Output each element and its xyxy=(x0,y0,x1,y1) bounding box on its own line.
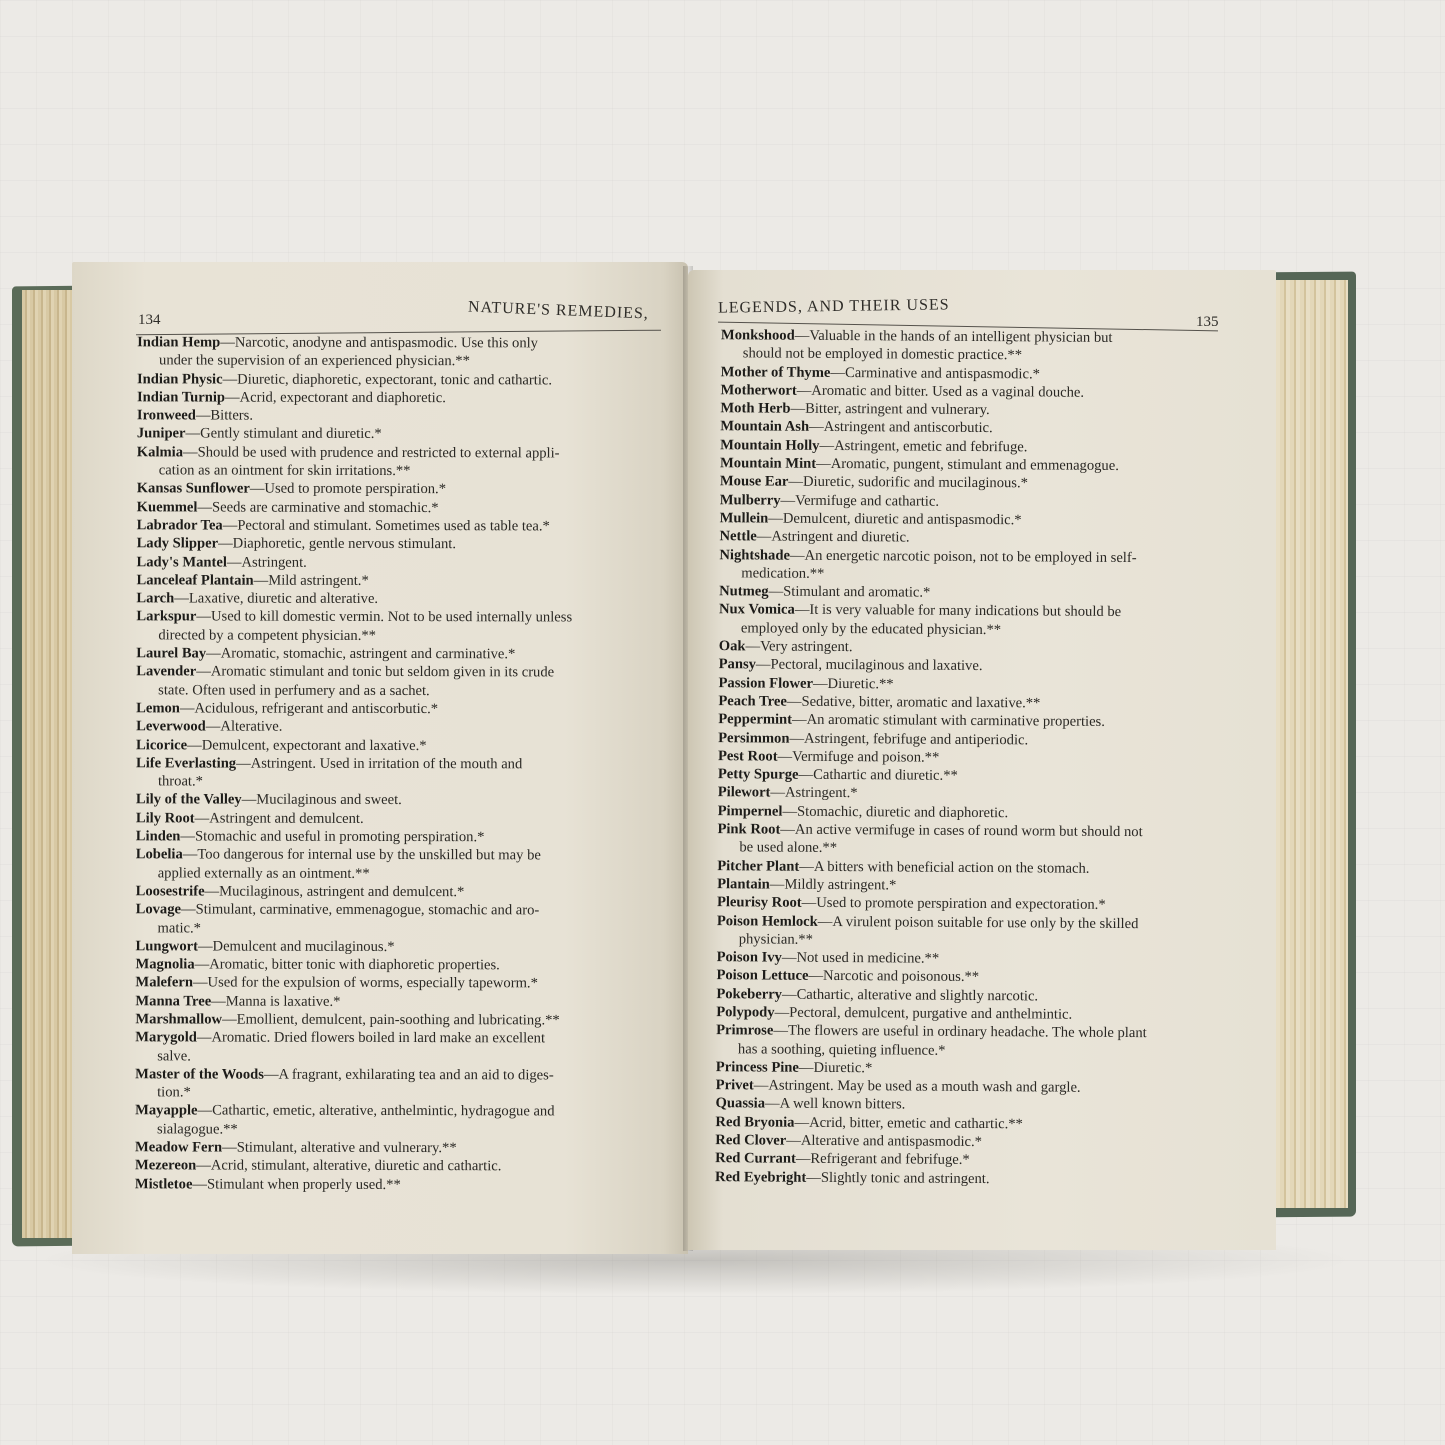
em-dash: — xyxy=(819,438,834,454)
remedy-name: Larch xyxy=(136,590,174,606)
em-dash: — xyxy=(236,755,251,771)
list-item: Magnolia—Aromatic, bitter tonic with dia… xyxy=(135,955,665,975)
remedy-description: Stimulant, carminative, emmenagogue, sto… xyxy=(196,902,540,919)
remedy-description: Diuretic.* xyxy=(813,1060,872,1076)
remedy-name: Meadow Fern xyxy=(135,1139,222,1155)
remedy-description-continued: sialagogue.** xyxy=(157,1120,665,1140)
remedy-name: Pleurisy Root xyxy=(717,894,802,911)
em-dash: — xyxy=(196,1158,211,1174)
remedy-description-continued: salve. xyxy=(157,1047,665,1067)
remedy-name: Nux Vomica xyxy=(719,602,795,619)
list-item: Marshmallow—Emollient, demulcent, pain-s… xyxy=(135,1010,665,1030)
remedy-name: Kansas Sunflower xyxy=(137,481,250,497)
list-item: Labrador Tea—Pectoral and stimulant. Som… xyxy=(137,516,667,536)
remedy-name: Mother of Thyme xyxy=(721,364,831,381)
remedy-name: Mulberry xyxy=(720,492,781,508)
em-dash: — xyxy=(195,957,210,973)
remedy-description: Astringent. May be used as a mouth wash … xyxy=(768,1078,1080,1096)
remedy-name: Mountain Holly xyxy=(720,437,819,454)
remedy-name: Juniper xyxy=(137,426,186,442)
em-dash: — xyxy=(225,389,240,405)
remedy-description: Aromatic, stomachic, astringent and carm… xyxy=(221,646,516,663)
remedy-name: Lily Root xyxy=(136,810,195,826)
em-dash: — xyxy=(789,730,804,746)
remedy-name: Quassia xyxy=(716,1096,766,1112)
remedy-name: Moth Herb xyxy=(720,400,790,416)
em-dash: — xyxy=(757,529,772,545)
remedy-description: Stimulant when properly used.** xyxy=(207,1176,401,1193)
remedy-name: Manna Tree xyxy=(135,993,211,1009)
em-dash: — xyxy=(192,1176,207,1192)
remedy-description: Narcotic, anodyne and antispasmodic. Use… xyxy=(235,335,538,352)
em-dash: — xyxy=(223,371,238,387)
list-item: Master of the Woods—A fragrant, exhilara… xyxy=(135,1065,665,1103)
list-item: Red Eyebright—Slightly tonic and astring… xyxy=(715,1168,1235,1190)
remedy-name: Kuemmel xyxy=(137,499,198,515)
remedy-description: Aromatic stimulant and tonic but seldom … xyxy=(211,664,554,681)
remedy-description: A virulent poison suitable for use only … xyxy=(832,913,1138,931)
remedy-name: Princess Pine xyxy=(716,1059,799,1076)
em-dash: — xyxy=(769,584,784,600)
remedy-description: The flowers are useful in ordinary heada… xyxy=(788,1023,1147,1042)
list-item: Malefern—Used for the expulsion of worms… xyxy=(135,974,665,994)
remedy-description: Should be used with prudence and restric… xyxy=(198,444,560,461)
remedy-description-continued: cation as an ointment for skin irritatio… xyxy=(159,461,667,481)
em-dash: — xyxy=(794,1114,809,1130)
list-item: Monkshood—Valuable in the hands of an in… xyxy=(721,326,1241,366)
remedy-description: It is very valuable for many indications… xyxy=(809,602,1121,620)
em-dash: — xyxy=(181,902,196,918)
remedy-name: Pansy xyxy=(719,657,756,673)
remedy-name: Life Everlasting xyxy=(136,755,236,771)
remedy-description: Stomachic, diuretic and diaphoretic. xyxy=(797,803,1008,820)
remedy-description: Manna is laxative.* xyxy=(226,993,341,1009)
remedy-description-continued: directed by a competent physician.** xyxy=(158,626,666,646)
remedy-description: Astringent.* xyxy=(785,785,858,802)
em-dash: — xyxy=(816,456,831,472)
list-item: Indian Turnip—Acrid, expectorant and dia… xyxy=(137,388,667,408)
remedy-description: Astringent and diuretic. xyxy=(771,529,909,546)
em-dash: — xyxy=(792,712,807,728)
remedy-name: Pest Root xyxy=(718,748,778,764)
remedy-name: Oak xyxy=(719,638,746,654)
remedy-description: Diuretic, diaphoretic, expectorant, toni… xyxy=(237,371,552,388)
remedy-description: Stimulant, alterative and vulnerary.** xyxy=(237,1140,457,1157)
remedy-description: Aromatic. Dried flowers boiled in lard m… xyxy=(211,1030,545,1047)
em-dash: — xyxy=(227,554,242,570)
em-dash: — xyxy=(185,426,200,442)
list-item: Lavender—Aromatic stimulant and tonic bu… xyxy=(136,663,666,701)
remedy-name: Mouse Ear xyxy=(720,474,789,490)
list-item: Primrose—The flowers are useful in ordin… xyxy=(716,1021,1236,1061)
page-number: 135 xyxy=(1196,314,1219,331)
remedy-description: Cathartic, alterative and slightly narco… xyxy=(797,986,1039,1004)
em-dash: — xyxy=(770,876,785,892)
remedy-description: A bitters with beneficial action on the … xyxy=(814,858,1090,876)
remedy-name: Indian Physic xyxy=(137,371,223,387)
em-dash: — xyxy=(796,1151,811,1167)
list-item: Nightshade—An energetic narcotic poison,… xyxy=(719,546,1239,586)
remedy-name: Plantain xyxy=(717,876,770,892)
remedy-name: Mullein xyxy=(720,510,769,526)
remedy-name: Kalmia xyxy=(137,444,183,460)
remedy-description: Astringent, emetic and febrifuge. xyxy=(834,438,1027,455)
remedy-description: Gently stimulant and diuretic.* xyxy=(200,426,382,442)
em-dash: — xyxy=(802,895,817,911)
em-dash: — xyxy=(183,444,198,460)
list-item: Kansas Sunflower—Used to promote perspir… xyxy=(137,480,667,500)
remedy-description: Alterative. xyxy=(220,719,282,735)
em-dash: — xyxy=(195,810,210,826)
em-dash: — xyxy=(782,803,797,819)
em-dash: — xyxy=(218,536,233,552)
remedy-description: Mild astringent.* xyxy=(268,573,369,589)
em-dash: — xyxy=(250,481,265,497)
list-item: Linden—Stomachic and useful in promoting… xyxy=(136,827,666,847)
remedy-name: Marshmallow xyxy=(135,1011,222,1027)
em-dash: — xyxy=(788,474,803,490)
em-dash: — xyxy=(198,938,213,954)
em-dash: — xyxy=(773,1023,788,1039)
list-item: Lungwort—Demulcent and mucilaginous.* xyxy=(135,937,665,957)
remedy-name: Pink Root xyxy=(717,821,780,837)
remedy-description-continued: tion.* xyxy=(157,1084,665,1104)
em-dash: — xyxy=(211,993,226,1009)
em-dash: — xyxy=(220,335,235,351)
remedy-description-continued: under the supervision of an experienced … xyxy=(159,352,667,372)
remedy-name: Linden xyxy=(136,828,181,844)
right-page: LEGENDS, AND THEIR USES 135 Monkshood—Va… xyxy=(688,270,1276,1250)
remedy-description: Very astringent. xyxy=(760,639,853,656)
em-dash: — xyxy=(768,510,783,526)
left-page: 134 NATURE'S REMEDIES, Indian Hemp—Narco… xyxy=(72,262,688,1254)
em-dash: — xyxy=(198,1103,213,1119)
remedy-description: Carminative and antispasmodic.* xyxy=(845,365,1040,382)
remedy-description: Narcotic and poisonous.** xyxy=(823,968,979,985)
remedy-description: Aromatic, pungent, stimulant and emmenag… xyxy=(831,456,1119,474)
remedy-description: Vermifuge and poison.** xyxy=(792,749,939,766)
remedy-name: Mistletoe xyxy=(135,1176,193,1192)
list-item: Larch—Laxative, diuretic and alterative. xyxy=(136,589,666,609)
list-item: Kalmia—Should be used with prudence and … xyxy=(137,443,667,481)
remedy-description-continued: throat.* xyxy=(158,772,666,792)
remedy-name: Pilewort xyxy=(718,785,771,801)
running-head: LEGENDS, AND THEIR USES xyxy=(718,296,950,317)
remedy-name: Lemon xyxy=(136,700,180,716)
remedy-name: Lobelia xyxy=(136,847,183,863)
list-item: Leverwood—Alterative. xyxy=(136,718,666,738)
page-edges-right xyxy=(1270,280,1348,1208)
remedy-description: Pectoral and stimulant. Sometimes used a… xyxy=(237,518,550,535)
remedy-name: Monkshood xyxy=(721,327,795,344)
em-dash: — xyxy=(180,700,195,716)
remedy-name: Peach Tree xyxy=(718,693,787,709)
remedy-description-continued: applied externally as an ointment.** xyxy=(158,864,666,884)
remedy-name: Lovage xyxy=(136,902,181,918)
em-dash: — xyxy=(799,858,814,874)
remedy-name: Pimpernel xyxy=(718,803,783,819)
em-dash: — xyxy=(790,547,805,563)
em-dash: — xyxy=(770,785,785,801)
list-item: Licorice—Demulcent, expectorant and laxa… xyxy=(136,736,666,756)
remedy-description: Refrigerant and febrifuge.* xyxy=(810,1151,969,1168)
list-item: Marygold—Aromatic. Dried flowers boiled … xyxy=(135,1029,665,1067)
remedy-description: Astringent and demulcent. xyxy=(209,810,363,826)
list-item: Loosestrife—Mucilaginous, astringent and… xyxy=(136,882,666,902)
em-dash: — xyxy=(254,572,269,588)
remedy-description: A well known bitters. xyxy=(780,1096,906,1113)
em-dash: — xyxy=(791,401,806,417)
remedy-description: Cathartic and diuretic.** xyxy=(813,767,958,784)
em-dash: — xyxy=(813,675,828,691)
em-dash: — xyxy=(799,1060,814,1076)
em-dash: — xyxy=(174,591,189,607)
em-dash: — xyxy=(806,1169,821,1185)
remedy-description: Acidulous, refrigerant and antiscorbutic… xyxy=(194,700,438,717)
remedy-description: An aromatic stimulant with carminative p… xyxy=(807,712,1105,730)
remedy-name: Mountain Mint xyxy=(720,455,816,472)
remedy-description: Bitters. xyxy=(210,408,253,424)
remedy-description: Not used in medicine.** xyxy=(796,950,939,967)
remedy-name: Indian Hemp xyxy=(137,334,220,350)
em-dash: — xyxy=(756,657,771,673)
remedy-description: Bitter, astringent and vulnerary. xyxy=(805,401,990,418)
remedy-name: Peppermint xyxy=(718,711,792,728)
remedy-name: Nightshade xyxy=(719,547,790,563)
remedy-description: Pectoral, demulcent, purgative and anthe… xyxy=(789,1005,1072,1023)
list-item: Juniper—Gently stimulant and diuretic.* xyxy=(137,425,667,445)
remedy-name: Red Clover xyxy=(715,1132,786,1148)
remedy-description: Astringent and antiscorbutic. xyxy=(824,419,993,436)
em-dash: — xyxy=(745,638,760,654)
remedy-description: Acrid, bitter, emetic and cathartic.** xyxy=(809,1115,1023,1132)
em-dash: — xyxy=(795,602,810,618)
remedy-name: Passion Flower xyxy=(718,675,813,692)
list-item: Larkspur—Used to kill domestic vermin. N… xyxy=(136,608,666,646)
em-dash: — xyxy=(787,694,802,710)
remedy-description: Aromatic, bitter tonic with diaphoretic … xyxy=(209,957,500,974)
remedy-description: Stimulant and aromatic.* xyxy=(783,584,930,601)
em-dash: — xyxy=(193,975,208,991)
remedy-name: Lungwort xyxy=(136,938,198,954)
em-dash: — xyxy=(780,822,795,838)
remedy-name: Ironweed xyxy=(137,407,196,423)
list-item: Lady's Mantel—Astringent. xyxy=(137,553,667,573)
list-item: Lovage—Stimulant, carminative, emmenagog… xyxy=(136,901,666,939)
remedy-description: Seeds are carminative and stomachic.* xyxy=(212,499,439,516)
remedy-name: Loosestrife xyxy=(136,883,205,899)
remedy-name: Nutmeg xyxy=(719,583,769,599)
remedy-name: Malefern xyxy=(135,975,193,991)
em-dash: — xyxy=(782,950,797,966)
remedy-name: Pitcher Plant xyxy=(717,858,799,875)
list-item: Mistletoe—Stimulant when properly used.*… xyxy=(135,1175,665,1195)
remedy-description: Astringent. xyxy=(242,554,307,570)
list-item: Lady Slipper—Diaphoretic, gentle nervous… xyxy=(137,535,667,555)
remedy-description: Acrid, expectorant and diaphoretic. xyxy=(240,389,446,406)
em-dash: — xyxy=(196,664,211,680)
em-dash: — xyxy=(754,1078,769,1094)
remedy-description: Demulcent, expectorant and laxative.* xyxy=(202,737,427,754)
remedy-name: Nettle xyxy=(719,528,756,544)
em-dash: — xyxy=(798,767,813,783)
page-number: 134 xyxy=(138,312,161,329)
em-dash: — xyxy=(180,828,195,844)
remedy-description: Sedative, bitter, aromatic and laxative.… xyxy=(801,694,1040,712)
em-dash: — xyxy=(775,1005,790,1021)
em-dash: — xyxy=(206,719,221,735)
list-item: Laurel Bay—Aromatic, stomachic, astringe… xyxy=(136,644,666,664)
remedy-name: Licorice xyxy=(136,737,187,753)
em-dash: — xyxy=(196,609,211,625)
remedy-description: Cathartic, emetic, alterative, anthelmin… xyxy=(212,1103,554,1120)
remedy-description: Used to kill domestic vermin. Not to be … xyxy=(211,609,572,626)
remedy-description: Used for the expulsion of worms, especia… xyxy=(208,975,538,992)
remedy-name: Marygold xyxy=(135,1030,197,1046)
remedy-name: Persimmon xyxy=(718,730,789,746)
remedy-description: Demulcent, diuretic and antispasmodic.* xyxy=(783,511,1022,529)
remedy-description: Used to promote perspiration and expecto… xyxy=(816,895,1105,913)
remedy-name: Mayapple xyxy=(135,1103,197,1119)
em-dash: — xyxy=(778,748,793,764)
em-dash: — xyxy=(797,383,812,399)
remedy-description: Astringent. Used in irritation of the mo… xyxy=(251,755,523,772)
remedy-name: Magnolia xyxy=(135,956,194,972)
remedy-name: Master of the Woods xyxy=(135,1066,264,1082)
em-dash: — xyxy=(222,1140,237,1156)
em-dash: — xyxy=(223,518,238,534)
running-head: NATURE'S REMEDIES, xyxy=(468,299,649,324)
remedy-description: An energetic narcotic poison, not to be … xyxy=(805,547,1137,565)
entry-list: Indian Hemp—Narcotic, anodyne and antisp… xyxy=(135,333,667,1194)
list-item: Mayapple—Cathartic, emetic, alterative, … xyxy=(135,1102,665,1140)
remedy-name: Indian Turnip xyxy=(137,389,225,405)
remedy-description: Stomachic and useful in promoting perspi… xyxy=(195,828,484,845)
remedy-description: Emollient, demulcent, pain-soothing and … xyxy=(237,1012,560,1029)
em-dash: — xyxy=(183,847,198,863)
remedy-name: Red Bryonia xyxy=(715,1114,794,1131)
em-dash: — xyxy=(781,492,796,508)
em-dash: — xyxy=(818,913,833,929)
list-item: Kuemmel—Seeds are carminative and stomac… xyxy=(137,498,667,518)
remedy-name: Lady's Mantel xyxy=(137,554,227,570)
remedy-name: Pokeberry xyxy=(716,986,782,1002)
remedy-description: Astringent, febrifuge and antiperiodic. xyxy=(804,730,1028,748)
remedy-name: Lady Slipper xyxy=(137,536,219,552)
remedy-description: Mucilaginous, astringent and demulcent.* xyxy=(219,883,464,900)
remedy-name: Poison Lettuce xyxy=(716,968,808,985)
em-dash: — xyxy=(242,792,257,808)
list-item: Indian Physic—Diuretic, diaphoretic, exp… xyxy=(137,370,667,390)
list-item: Lemon—Acidulous, refrigerant and antisco… xyxy=(136,699,666,719)
em-dash: — xyxy=(786,1133,801,1149)
remedy-name: Mountain Ash xyxy=(720,419,809,436)
list-item: Lanceleaf Plantain—Mild astringent.* xyxy=(136,571,666,591)
list-item: Life Everlasting—Astringent. Used in irr… xyxy=(136,754,666,792)
remedy-name: Laurel Bay xyxy=(136,645,206,661)
list-item: Ironweed—Bitters. xyxy=(137,406,667,426)
remedy-name: Primrose xyxy=(716,1022,773,1038)
em-dash: — xyxy=(205,883,220,899)
remedy-description: Valuable in the hands of an intelligent … xyxy=(809,328,1112,346)
remedy-name: Leverwood xyxy=(136,719,206,735)
list-item: Manna Tree—Manna is laxative.* xyxy=(135,992,665,1012)
remedy-description-continued: matic.* xyxy=(158,919,666,939)
em-dash: — xyxy=(206,646,221,662)
em-dash: — xyxy=(187,737,202,753)
remedy-name: Mezereon xyxy=(135,1158,196,1174)
list-item: Lily of the Valley—Mucilaginous and swee… xyxy=(136,791,666,811)
remedy-name: Poison Ivy xyxy=(717,949,782,965)
remedy-name: Red Eyebright xyxy=(715,1169,806,1186)
remedy-description: Mucilaginous and sweet. xyxy=(256,792,402,808)
em-dash: — xyxy=(795,328,810,344)
remedy-name: Lanceleaf Plantain xyxy=(136,572,253,588)
remedy-description: Aromatic and bitter. Used as a vaginal d… xyxy=(811,383,1084,401)
list-item: Meadow Fern—Stimulant, alterative and vu… xyxy=(135,1138,665,1158)
remedy-name: Lavender xyxy=(136,664,196,680)
remedy-name: Petty Spurge xyxy=(718,766,799,783)
em-dash: — xyxy=(782,986,797,1002)
list-item: Nux Vomica—It is very valuable for many … xyxy=(719,601,1239,641)
remedy-description: Diaphoretic, gentle nervous stimulant. xyxy=(233,536,456,553)
remedy-description: Acrid, stimulant, alterative, diuretic a… xyxy=(211,1158,502,1175)
list-item: Lobelia—Too dangerous for internal use b… xyxy=(136,846,666,884)
entry-list: Monkshood—Valuable in the hands of an in… xyxy=(715,326,1241,1190)
remedy-name: Red Currant xyxy=(715,1151,796,1168)
remedy-name: Labrador Tea xyxy=(137,517,223,533)
remedy-description: Diuretic, sudorific and mucilaginous.* xyxy=(803,474,1028,492)
em-dash: — xyxy=(197,1030,212,1046)
em-dash: — xyxy=(196,408,211,424)
remedy-description: Used to promote perspiration.* xyxy=(264,481,446,497)
remedy-description: Alterative and antispasmodic.* xyxy=(801,1133,982,1150)
remedy-description: Demulcent and mucilaginous.* xyxy=(213,938,395,954)
em-dash: — xyxy=(830,365,845,381)
remedy-description: Diuretic.** xyxy=(828,676,894,692)
remedy-description-continued: state. Often used in perfumery and as a … xyxy=(158,681,666,701)
em-dash: — xyxy=(197,499,212,515)
remedy-name: Poison Hemlock xyxy=(717,913,818,930)
remedy-name: Motherwort xyxy=(721,382,797,399)
list-item: Pink Root—An active vermifuge in cases o… xyxy=(717,820,1237,860)
remedy-name: Privet xyxy=(716,1077,754,1093)
remedy-description: Mildly astringent.* xyxy=(784,877,896,894)
list-item: Lily Root—Astringent and demulcent. xyxy=(136,809,666,829)
remedy-description: Pectoral, mucilaginous and laxative. xyxy=(770,657,982,674)
list-item: Indian Hemp—Narcotic, anodyne and antisp… xyxy=(137,333,667,371)
remedy-name: Polypody xyxy=(716,1004,775,1020)
list-item: Mezereon—Acrid, stimulant, alterative, d… xyxy=(135,1157,665,1177)
remedy-description: An active vermifuge in cases of round wo… xyxy=(795,822,1143,840)
em-dash: — xyxy=(808,968,823,984)
em-dash: — xyxy=(765,1096,780,1112)
remedy-description: Too dangerous for internal use by the un… xyxy=(197,847,541,864)
em-dash: — xyxy=(222,1012,237,1028)
list-item: Poison Hemlock—A virulent poison suitabl… xyxy=(717,912,1237,952)
em-dash: — xyxy=(264,1067,279,1083)
remedy-description: Laxative, diuretic and alterative. xyxy=(189,591,378,607)
remedy-name: Lily of the Valley xyxy=(136,792,242,808)
em-dash: — xyxy=(809,419,824,435)
remedy-description: Vermifuge and cathartic. xyxy=(795,492,939,509)
remedy-description: Slightly tonic and astringent. xyxy=(821,1170,990,1187)
remedy-description: A fragrant, exhilarating tea and an aid … xyxy=(279,1067,554,1084)
remedy-name: Larkspur xyxy=(136,609,196,625)
